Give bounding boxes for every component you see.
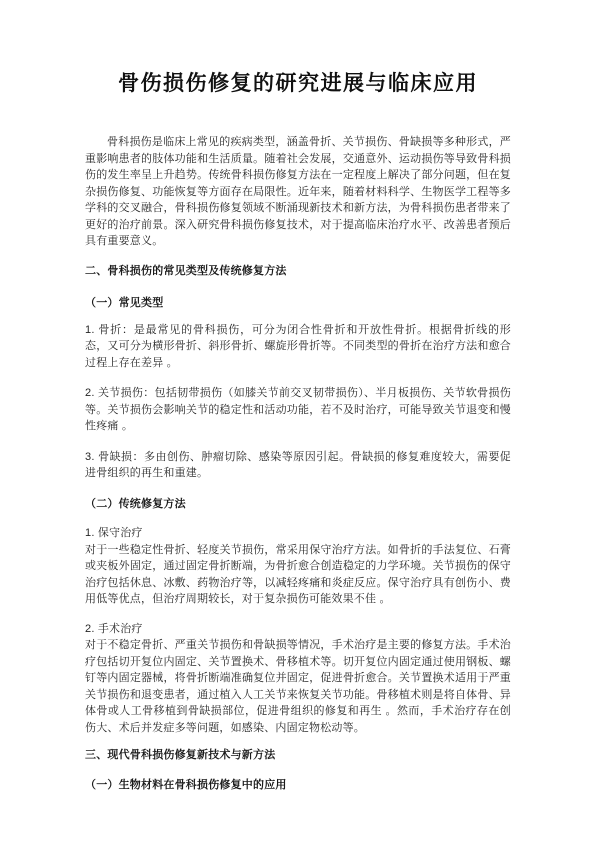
paragraph-surgical-treatment: 对于不稳定骨折、严重关节损伤和骨缺损等情况，手术治疗是主要的修复方法。手术治疗包… (85, 637, 511, 736)
subsection-heading-traditional-methods: （二）传统修复方法 (85, 496, 511, 513)
list-item-title-surgical-treatment: 2. 手术治疗 (85, 621, 511, 638)
intro-paragraph: 骨科损伤是临床上常见的疾病类型，涵盖骨折、关节损伤、骨缺损等多种形式，严重影响患… (85, 134, 511, 250)
paragraph-bone-defect: 3. 骨缺损：多由创伤、肿瘤切除、感染等原因引起。骨缺损的修复难度较大，需要促进… (85, 449, 511, 482)
document-page: 骨伤损伤修复的研究进展与临床应用 骨科损伤是临床上常见的疾病类型，涵盖骨折、关节… (0, 0, 595, 841)
paragraph-joint-injury: 2. 关节损伤：包括韧带损伤（如膝关节前交叉韧带损伤）、半月板损伤、关节软骨损伤… (85, 385, 511, 435)
section-heading-types-and-traditional-methods: 二、骨科损伤的常见类型及传统修复方法 (85, 263, 511, 280)
subsection-heading-biomaterials: （一）生物材料在骨科损伤修复中的应用 (85, 777, 511, 794)
document-title: 骨伤损伤修复的研究进展与临床应用 (85, 70, 511, 98)
paragraph-conservative-treatment: 对于一些稳定性骨折、轻度关节损伤，常采用保守治疗方法。如骨折的手法复位、石膏或夹… (85, 542, 511, 608)
paragraph-fracture: 1. 骨折：是最常见的骨科损伤，可分为闭合性骨折和开放性骨折。根据骨折线的形态，… (85, 322, 511, 372)
list-item-title-conservative-treatment: 1. 保守治疗 (85, 525, 511, 542)
section-heading-modern-techniques: 三、现代骨科损伤修复新技术与新方法 (85, 747, 511, 764)
subsection-heading-common-types: （一）常见类型 (85, 295, 511, 312)
